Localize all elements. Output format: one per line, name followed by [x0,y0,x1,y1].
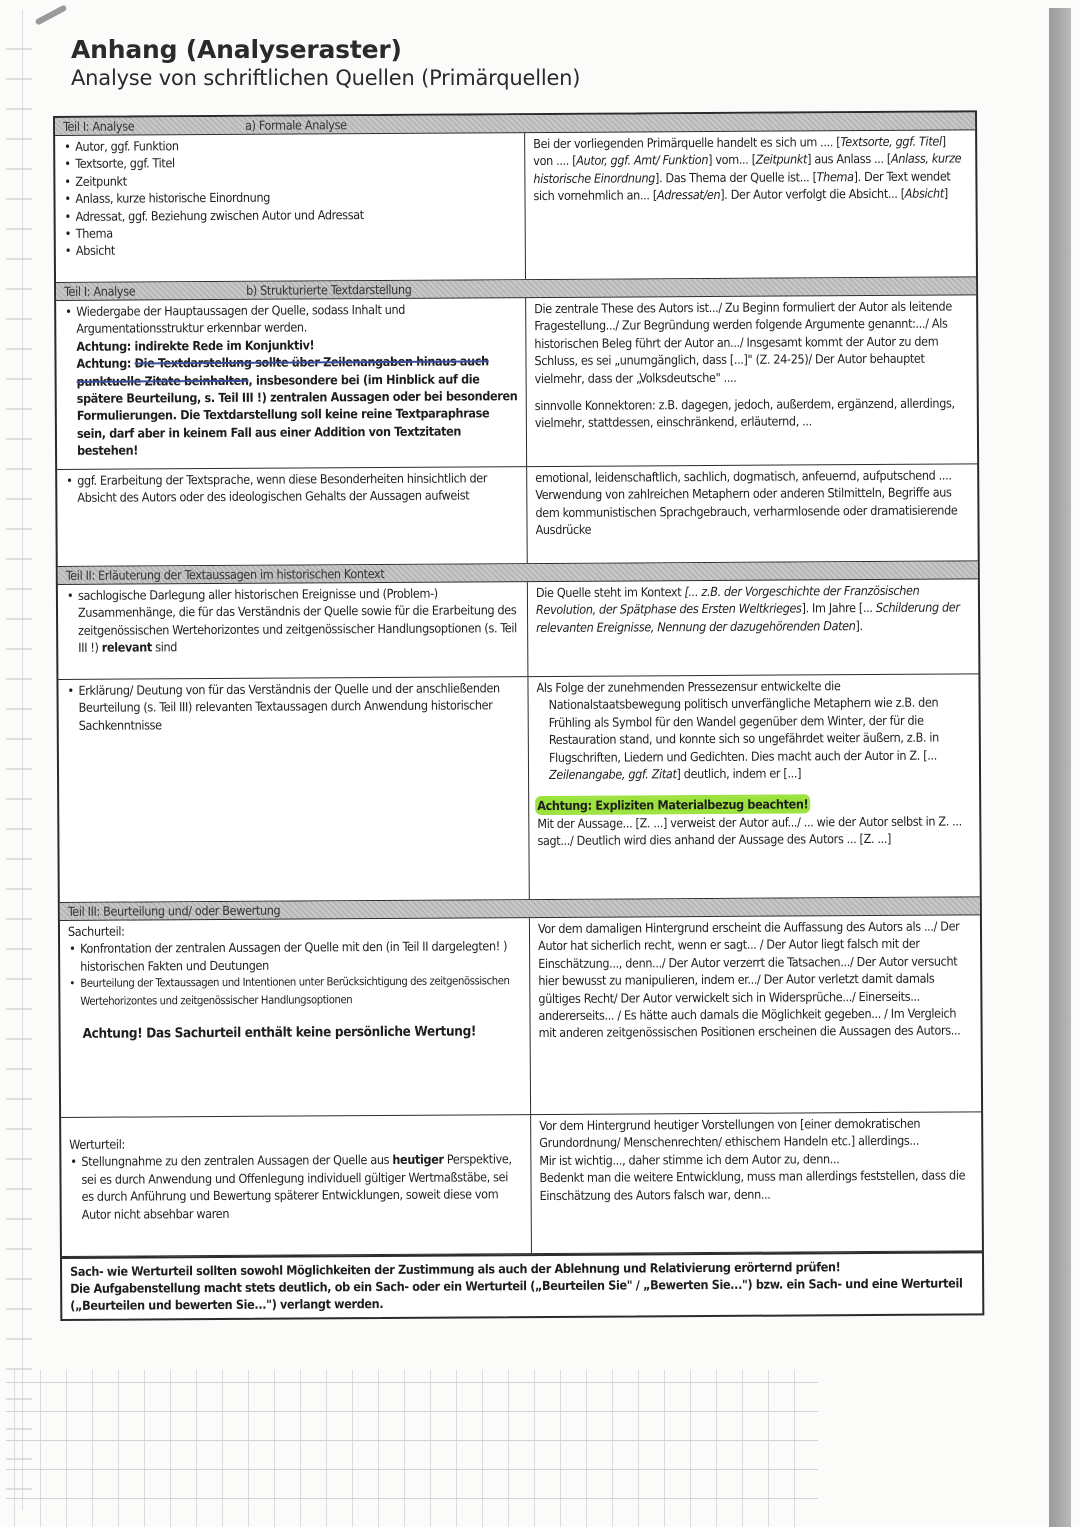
list-item: Stellungnahme zu den zentralen Aussagen … [69,1151,522,1223]
list-item: Konfrontation der zentralen Aussagen der… [68,938,521,976]
language-devices: Verwendung von zahlreichen Metaphern ode… [535,484,969,539]
text-run: Stellungnahme zu den zentralen Aussagen … [81,1152,392,1169]
section-part-label: Teil I: Analyse [64,284,135,299]
analysis-table: Teil I: Analyse a) Formale Analyse Autor… [53,110,984,1321]
placeholder-text: Zeitpunkt [756,152,807,167]
text-run: ] aus Anlass ... [ [807,151,891,167]
factual-judgement-row: Sachurteil: Konfrontation der zentralen … [60,915,981,1118]
factual-judgement-criteria: Sachurteil: Konfrontation der zentralen … [60,918,531,1117]
warning-quotations: Achtung: Die Textdarstellung sollte über… [64,352,518,459]
emphasis-text: relevant [102,640,152,655]
list-item: sachlogische Darlegung aller historische… [66,584,519,656]
page-edge-strip [1049,8,1071,1527]
value-judgement-phrasing: Vor dem Hintergrund heutiger Vorstellung… [531,1112,982,1253]
text-run: Bei der vorliegenden Primärquelle handel… [533,134,840,151]
page-title: Anhang (Analyseraster) [71,35,580,64]
list-item: Beurteilung der Textaussagen und Intenti… [68,972,521,1010]
text-run: Als Folge der zunehmenden Pressezensur e… [536,678,939,764]
language-row: ggf. Erarbeitung der Textsprache, wenn d… [57,464,978,567]
text-run: ]. Im Jahre [... [802,600,876,615]
material-reference-phrasing: Mit der Aussage... [Z. ...] verweist der… [537,812,971,849]
structured-text-criteria: Wiedergabe der Hauptaussagen der Quelle,… [56,298,527,469]
section-part-label: Teil I: Analyse [63,119,134,134]
page-subtitle: Analyse von schriftlichen Quellen (Primä… [71,66,580,90]
historical-context-row: sachlogische Darlegung aller historische… [58,579,979,680]
text-run: ] vom... [ [708,152,756,167]
value-judgement-row: Werturteil: Stellungnahme zu den zentral… [61,1112,982,1257]
explanation-phrasing: Als Folge der zunehmenden Pressezensur e… [528,674,979,899]
explanation-example: Als Folge der zunehmenden Pressezensur e… [536,676,971,783]
formal-criteria-list: Autor, ggf. Funktion Textsorte, ggf. Tit… [55,133,526,282]
text-run: Die Quelle steht im Kontext [536,584,685,600]
placeholder-text: Thema [817,169,854,184]
placeholder-text: Autor, ggf. Amt/ Funktion [576,152,708,168]
placeholder-text: Absicht [905,186,944,201]
notebook-margin-ticks [6,20,32,1500]
grid-paper-area [6,1370,818,1527]
text-run: ]. Das Thema der Quelle ist... [ [655,169,817,185]
factual-judgement-phrasing: Vor dem damaligen Hintergrund erscheint … [530,915,981,1114]
final-note: Sach- wie Werturteil sollten sowohl Mögl… [62,1251,982,1319]
connectors-list: sinnvolle Konnektoren: z.B. dagegen, jed… [535,394,969,431]
section-part-label: Teil II: Erläuterung der Textaussagen im… [66,566,385,583]
explanation-criteria: Erklärung/ Deutung von für das Verständn… [58,677,529,902]
list-item: Wiedergabe der Hauptaussagen der Quelle,… [64,300,517,338]
structured-text-phrasing: Die zentrale These des Autors ist.../ Zu… [526,295,977,466]
text-run: sind [152,639,177,654]
highlighted-warning: Achtung: Expliziten Materialbezug beacht… [537,797,808,814]
list-item: Erklärung/ Deutung von für das Verständn… [66,679,519,734]
list-item: ggf. Erarbeitung der Textsprache, wenn d… [65,469,518,507]
sheet-header: Anhang (Analyseraster) Analyse von schri… [71,35,580,90]
phrasing-example: Die zentrale These des Autors ist.../ Zu… [534,297,969,387]
placeholder-text: Textsorte, ggf. Titel [840,134,941,150]
value-judgement-criteria: Werturteil: Stellungnahme zu den zentral… [61,1115,532,1256]
language-criteria: ggf. Erarbeitung der Textsprache, wenn d… [57,467,528,566]
formal-phrasing-example: Bei der vorliegenden Primärquelle handel… [525,130,976,279]
final-note-line: Die Aufgabenstellung macht stets deutlic… [70,1274,974,1314]
text-run: ]. Der Autor verfolgt die Absicht... [ [720,186,905,202]
text-run: ]. [855,618,862,633]
list-item: Absicht [64,240,517,260]
context-phrasing: Die Quelle steht im Kontext [... z.B. de… [528,579,979,676]
placeholder-text: Adressat/en [657,187,720,202]
pencil-mark [35,4,68,25]
explanation-row: Erklärung/ Deutung von für das Verständn… [58,674,979,903]
text-run: Achtung: [76,356,134,371]
emphasis-text: heutiger [392,1152,443,1167]
formal-analysis-row: Autor, ggf. Funktion Textsorte, ggf. Tit… [55,130,976,283]
section-part-label: Teil III: Beurteilung und/ oder Bewertun… [68,903,281,919]
section-sub-label: b) Strukturierte Textdarstellung [246,281,412,299]
language-examples: emotional, leidenschaftlich, sachlich, d… [527,464,978,563]
context-criteria: sachlogische Darlegung aller historische… [58,582,529,679]
phrasing-example: Vor dem Hintergrund heutiger Vorstellung… [539,1114,973,1151]
placeholder-text: Zeilenangabe, ggf. Zitat [549,766,677,782]
text-run: ] [944,186,948,201]
phrasing-example: Bedenkt man die weitere Entwicklung, mus… [539,1167,973,1204]
section-sub-label: a) Formale Analyse [245,116,347,134]
text-run: ] deutlich, indem er [...] [676,765,801,781]
warning-no-personal-opinion: Achtung! Das Sachurteil enthält keine pe… [69,1023,522,1043]
structured-text-row: Wiedergabe der Hauptaussagen der Quelle,… [56,295,977,470]
